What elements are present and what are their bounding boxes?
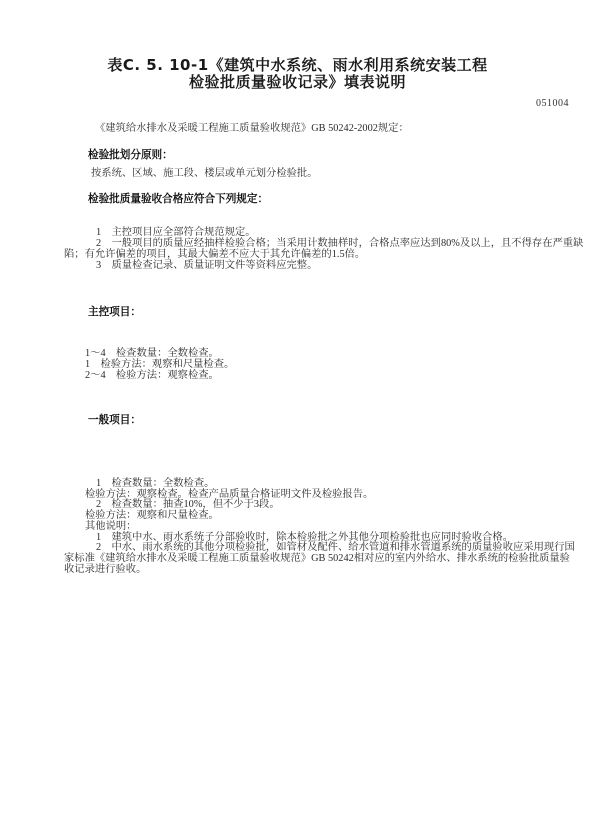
general-item-2-method: 检验方法：观察和尺量检查。 bbox=[64, 511, 587, 522]
master-items-list: 1～4 检查数量：全数检查。 1 检验方法：观察和尺量检查。 2～4 检验方法：… bbox=[64, 348, 587, 381]
acceptance-item-2: 2 一般项目的质量应经抽样检验合格；当采用计数抽样时，合格点率应达到80%及以上… bbox=[64, 238, 587, 249]
general-items-list: 1 检查数量：全数检查。 检验方法：观察检查。检查产品质量合格证明文件及检验报告… bbox=[64, 479, 587, 575]
acceptance-item-2-continued: 陷；有允许偏差的项目，其最大偏差不应大于其允许偏差的1.5倍。 bbox=[64, 249, 587, 260]
doc-code: 051004 bbox=[64, 98, 569, 109]
batch-division-rule: 按系统、区域、施工段、楼层或单元划分检验批。 bbox=[64, 168, 587, 179]
heading-acceptance-criteria: 检验批质量验收合格应符合下列规定： bbox=[64, 191, 587, 206]
master-item-quantity: 1～4 检查数量：全数检查。 bbox=[64, 348, 587, 359]
other-notes-label: 其他说明： bbox=[64, 522, 587, 533]
heading-batch-division-principle: 检验批划分原则： bbox=[64, 147, 587, 162]
doc-title-line2: 检验批质量验收记录》填表说明 bbox=[0, 74, 595, 91]
master-item-method-2-4: 2～4 检验方法：观察检查。 bbox=[64, 370, 587, 381]
heading-general-items: 一般项目： bbox=[64, 412, 587, 427]
acceptance-item-1: 1 主控项目应全部符合规范规定。 bbox=[64, 227, 587, 238]
document-page: 表C. 5. 10-1《建筑中水系统、雨水利用系统安装工程 检验批质量验收记录》… bbox=[0, 0, 595, 833]
acceptance-criteria-list: 1 主控项目应全部符合规范规定。 2 一般项目的质量应经抽样检验合格；当采用计数… bbox=[64, 227, 587, 271]
doc-title: 表C. 5. 10-1《建筑中水系统、雨水利用系统安装工程 检验批质量验收记录》… bbox=[0, 57, 595, 91]
heading-master-items: 主控项目： bbox=[64, 304, 587, 319]
intro-standard-reference: 《建筑给水排水及采暖工程施工质量验收规范》GB 50242-2002规定： bbox=[64, 123, 587, 134]
other-note-2-continued-2: 收记录进行验收。 bbox=[64, 565, 587, 576]
doc-title-line1: 表C. 5. 10-1《建筑中水系统、雨水利用系统安装工程 bbox=[0, 57, 595, 74]
master-item-method-1: 1 检验方法：观察和尺量检查。 bbox=[64, 359, 587, 370]
acceptance-item-3: 3 质量检查记录、质量证明文件等资料应完整。 bbox=[64, 260, 587, 271]
